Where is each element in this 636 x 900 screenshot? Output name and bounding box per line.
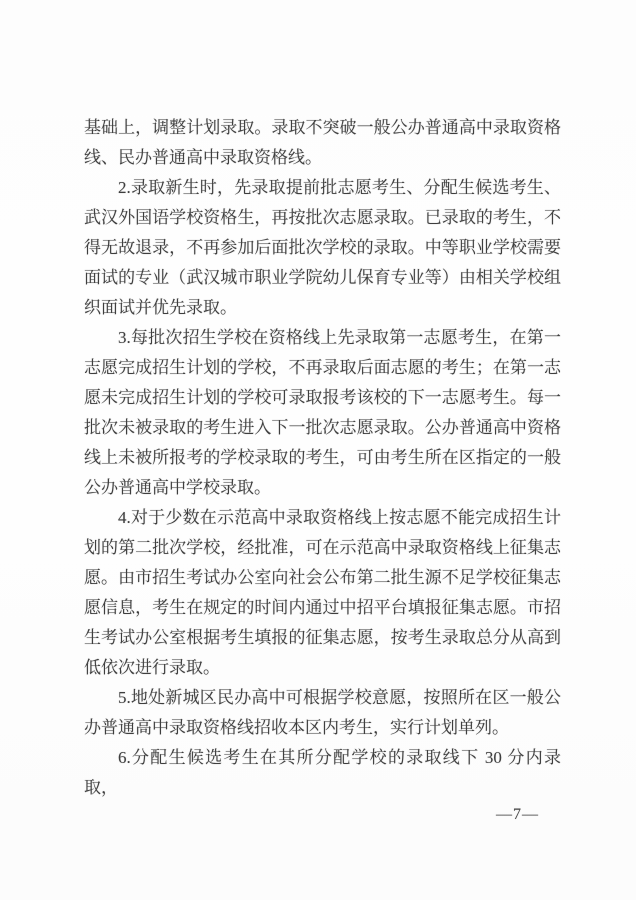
paragraph-item-6: 6.分配生候选考生在其所分配学校的录取线下 30 分内录取，	[84, 743, 561, 803]
paragraph-item-5: 5.地处新城区民办高中可根据学校意愿，按照所在区一般公办普通高中录取资格线招收本…	[84, 683, 561, 743]
paragraph-item-2: 2.录取新生时，先录取提前批志愿考生、分配生候选考生、武汉外国语学校资格生，再按…	[84, 173, 561, 323]
paragraph-item-3: 3.每批次招生学校在资格线上先录取第一志愿考生，在第一志愿完成招生计划的学校，不…	[84, 323, 561, 503]
page-number: —7—	[496, 805, 539, 825]
page-body-text: 基础上，调整计划录取。录取不突破一般公办普通高中录取资格线、民办普通高中录取资格…	[84, 113, 561, 803]
scanned-document-page: 基础上，调整计划录取。录取不突破一般公办普通高中录取资格线、民办普通高中录取资格…	[0, 0, 636, 900]
paragraph-item-4: 4.对于少数在示范高中录取资格线上按志愿不能完成招生计划的第二批次学校，经批准，…	[84, 503, 561, 683]
paragraph-continuation: 基础上，调整计划录取。录取不突破一般公办普通高中录取资格线、民办普通高中录取资格…	[84, 113, 561, 173]
